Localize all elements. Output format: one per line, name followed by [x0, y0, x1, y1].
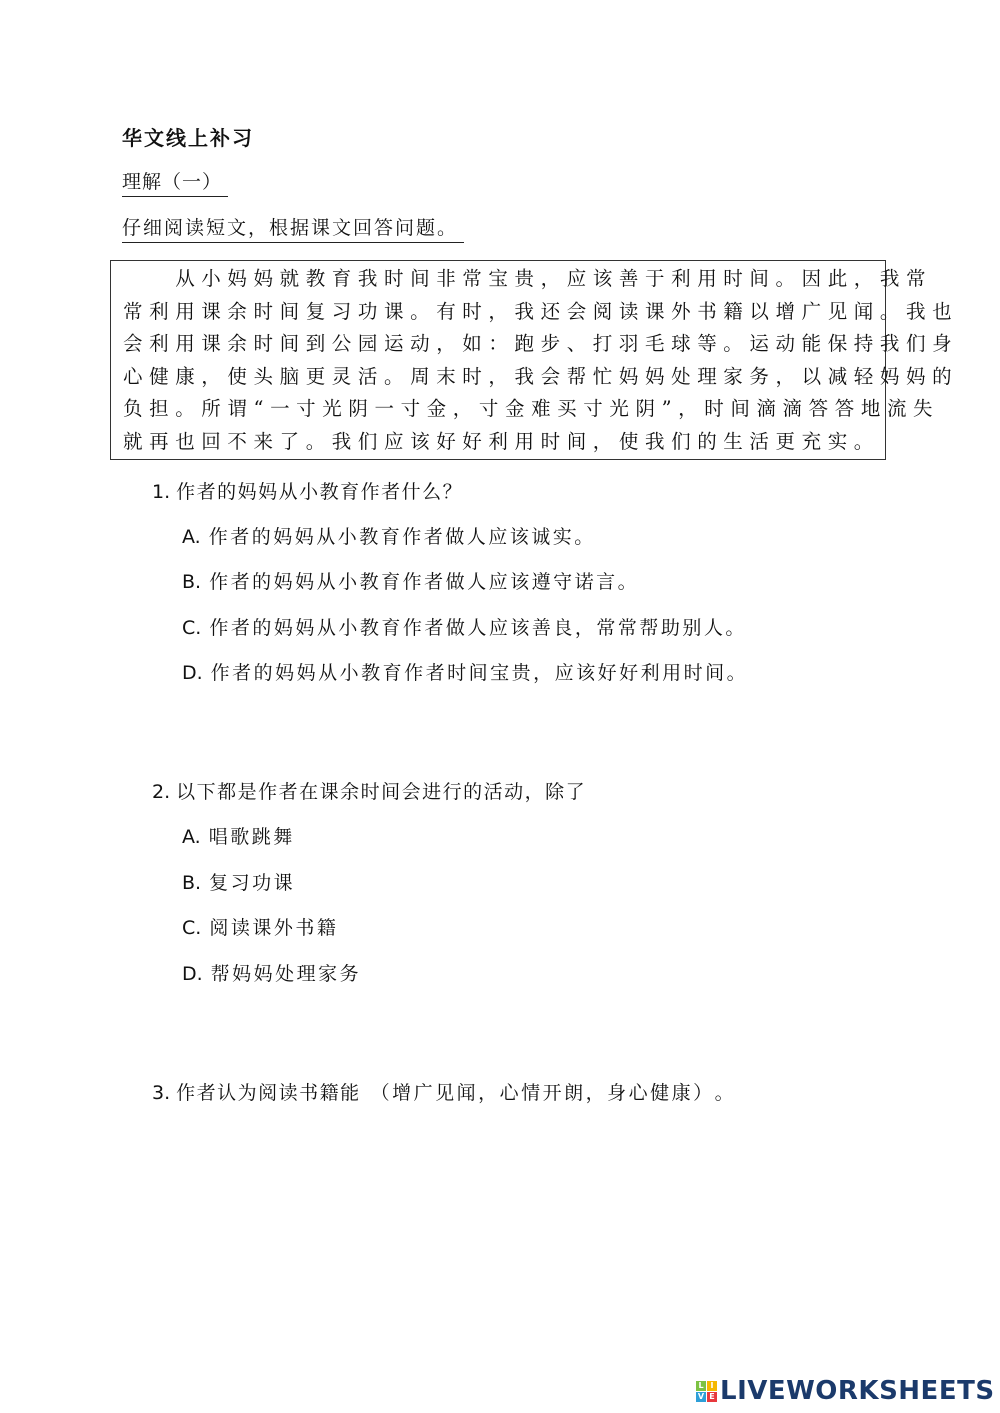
logo-block-l: L — [696, 1381, 706, 1391]
question-number: 2. — [152, 781, 170, 803]
reading-passage: 从小妈妈就教育我时间非常宝贵，应该善于利用时间。因此，我常 常利用课余时间复习功… — [110, 260, 886, 460]
option-text: 复习功课 — [209, 872, 295, 894]
answer-choice-dropdown[interactable]: （增广见闻，心情开朗，身心健康） — [371, 1080, 715, 1106]
option-letter: A. — [182, 826, 201, 848]
question-text: 作者的妈妈从小教育作者什么？ — [176, 481, 463, 503]
question-1-option-a[interactable]: A.作者的妈妈从小教育作者做人应该诚实。 — [182, 524, 596, 550]
option-text: 帮妈妈处理家务 — [211, 963, 362, 985]
question-suffix: 。 — [715, 1082, 736, 1104]
liveworksheets-logo: L I V E LIVEWORKSHEETS — [696, 1378, 995, 1404]
logo-block-e: E — [707, 1392, 717, 1402]
option-text: 作者的妈妈从小教育作者时间宝贵，应该好好利用时间。 — [211, 662, 749, 684]
option-letter: B. — [182, 571, 201, 593]
question-number: 1. — [152, 481, 170, 503]
question-1-option-b[interactable]: B.作者的妈妈从小教育作者做人应该遵守诺言。 — [182, 569, 639, 595]
question-text: 以下都是作者在课余时间会进行的活动，除了 — [176, 781, 586, 803]
passage-line: 会利用课余时间到公园运动，如：跑步、打羽毛球等。运动能保持我们身 — [123, 328, 873, 361]
passage-line: 心健康，使头脑更灵活。周末时，我会帮忙妈妈处理家务，以减轻妈妈的 — [123, 361, 873, 394]
question-number: 3. — [152, 1082, 170, 1104]
question-2-option-b[interactable]: B.复习功课 — [182, 870, 295, 896]
option-text: 作者的妈妈从小教育作者做人应该诚实。 — [209, 526, 596, 548]
option-letter: C. — [182, 917, 201, 939]
question-text: 作者认为阅读书籍能 — [176, 1082, 361, 1104]
instruction-text: 仔细阅读短文，根据课文回答问题。 — [122, 216, 464, 243]
option-letter: C. — [182, 617, 201, 639]
option-letter: B. — [182, 872, 201, 894]
question-3: 3.作者认为阅读书籍能（增广见闻，心情开朗，身心健康）。 — [152, 1080, 735, 1106]
passage-line: 负担。所谓“一寸光阴一寸金，寸金难买寸光阴”，时间滴滴答答地流失 — [123, 393, 873, 426]
live-blocks-icon: L I V E — [696, 1381, 717, 1402]
option-text: 作者的妈妈从小教育作者做人应该遵守诺言。 — [209, 571, 639, 593]
question-2: 2.以下都是作者在课余时间会进行的活动，除了 — [152, 779, 586, 805]
option-letter: D. — [182, 662, 203, 684]
logo-block-i: I — [707, 1381, 717, 1391]
option-text: 作者的妈妈从小教育作者做人应该善良，常常帮助别人。 — [209, 617, 747, 639]
question-2-option-c[interactable]: C.阅读课外书籍 — [182, 915, 338, 941]
passage-line: 常利用课余时间复习功课。有时，我还会阅读课外书籍以增广见闻。我也 — [123, 296, 873, 329]
section-title: 理解（一） — [122, 170, 228, 197]
option-letter: D. — [182, 963, 203, 985]
passage-line: 就再也回不来了。我们应该好好利用时间，使我们的生活更充实。 — [123, 426, 873, 459]
passage-line: 从小妈妈就教育我时间非常宝贵，应该善于利用时间。因此，我常 — [123, 263, 873, 296]
option-text: 唱歌跳舞 — [209, 826, 295, 848]
option-letter: A. — [182, 526, 201, 548]
question-1: 1.作者的妈妈从小教育作者什么？ — [152, 479, 463, 505]
logo-block-v: V — [696, 1392, 706, 1402]
logo-text: LIVEWORKSHEETS — [720, 1378, 995, 1404]
page-title: 华文线上补习 — [122, 122, 254, 151]
question-2-option-a[interactable]: A.唱歌跳舞 — [182, 824, 295, 850]
question-2-option-d[interactable]: D.帮妈妈处理家务 — [182, 961, 361, 987]
question-1-option-d[interactable]: D.作者的妈妈从小教育作者时间宝贵，应该好好利用时间。 — [182, 660, 748, 686]
option-text: 阅读课外书籍 — [209, 917, 338, 939]
question-1-option-c[interactable]: C.作者的妈妈从小教育作者做人应该善良，常常帮助别人。 — [182, 615, 747, 641]
